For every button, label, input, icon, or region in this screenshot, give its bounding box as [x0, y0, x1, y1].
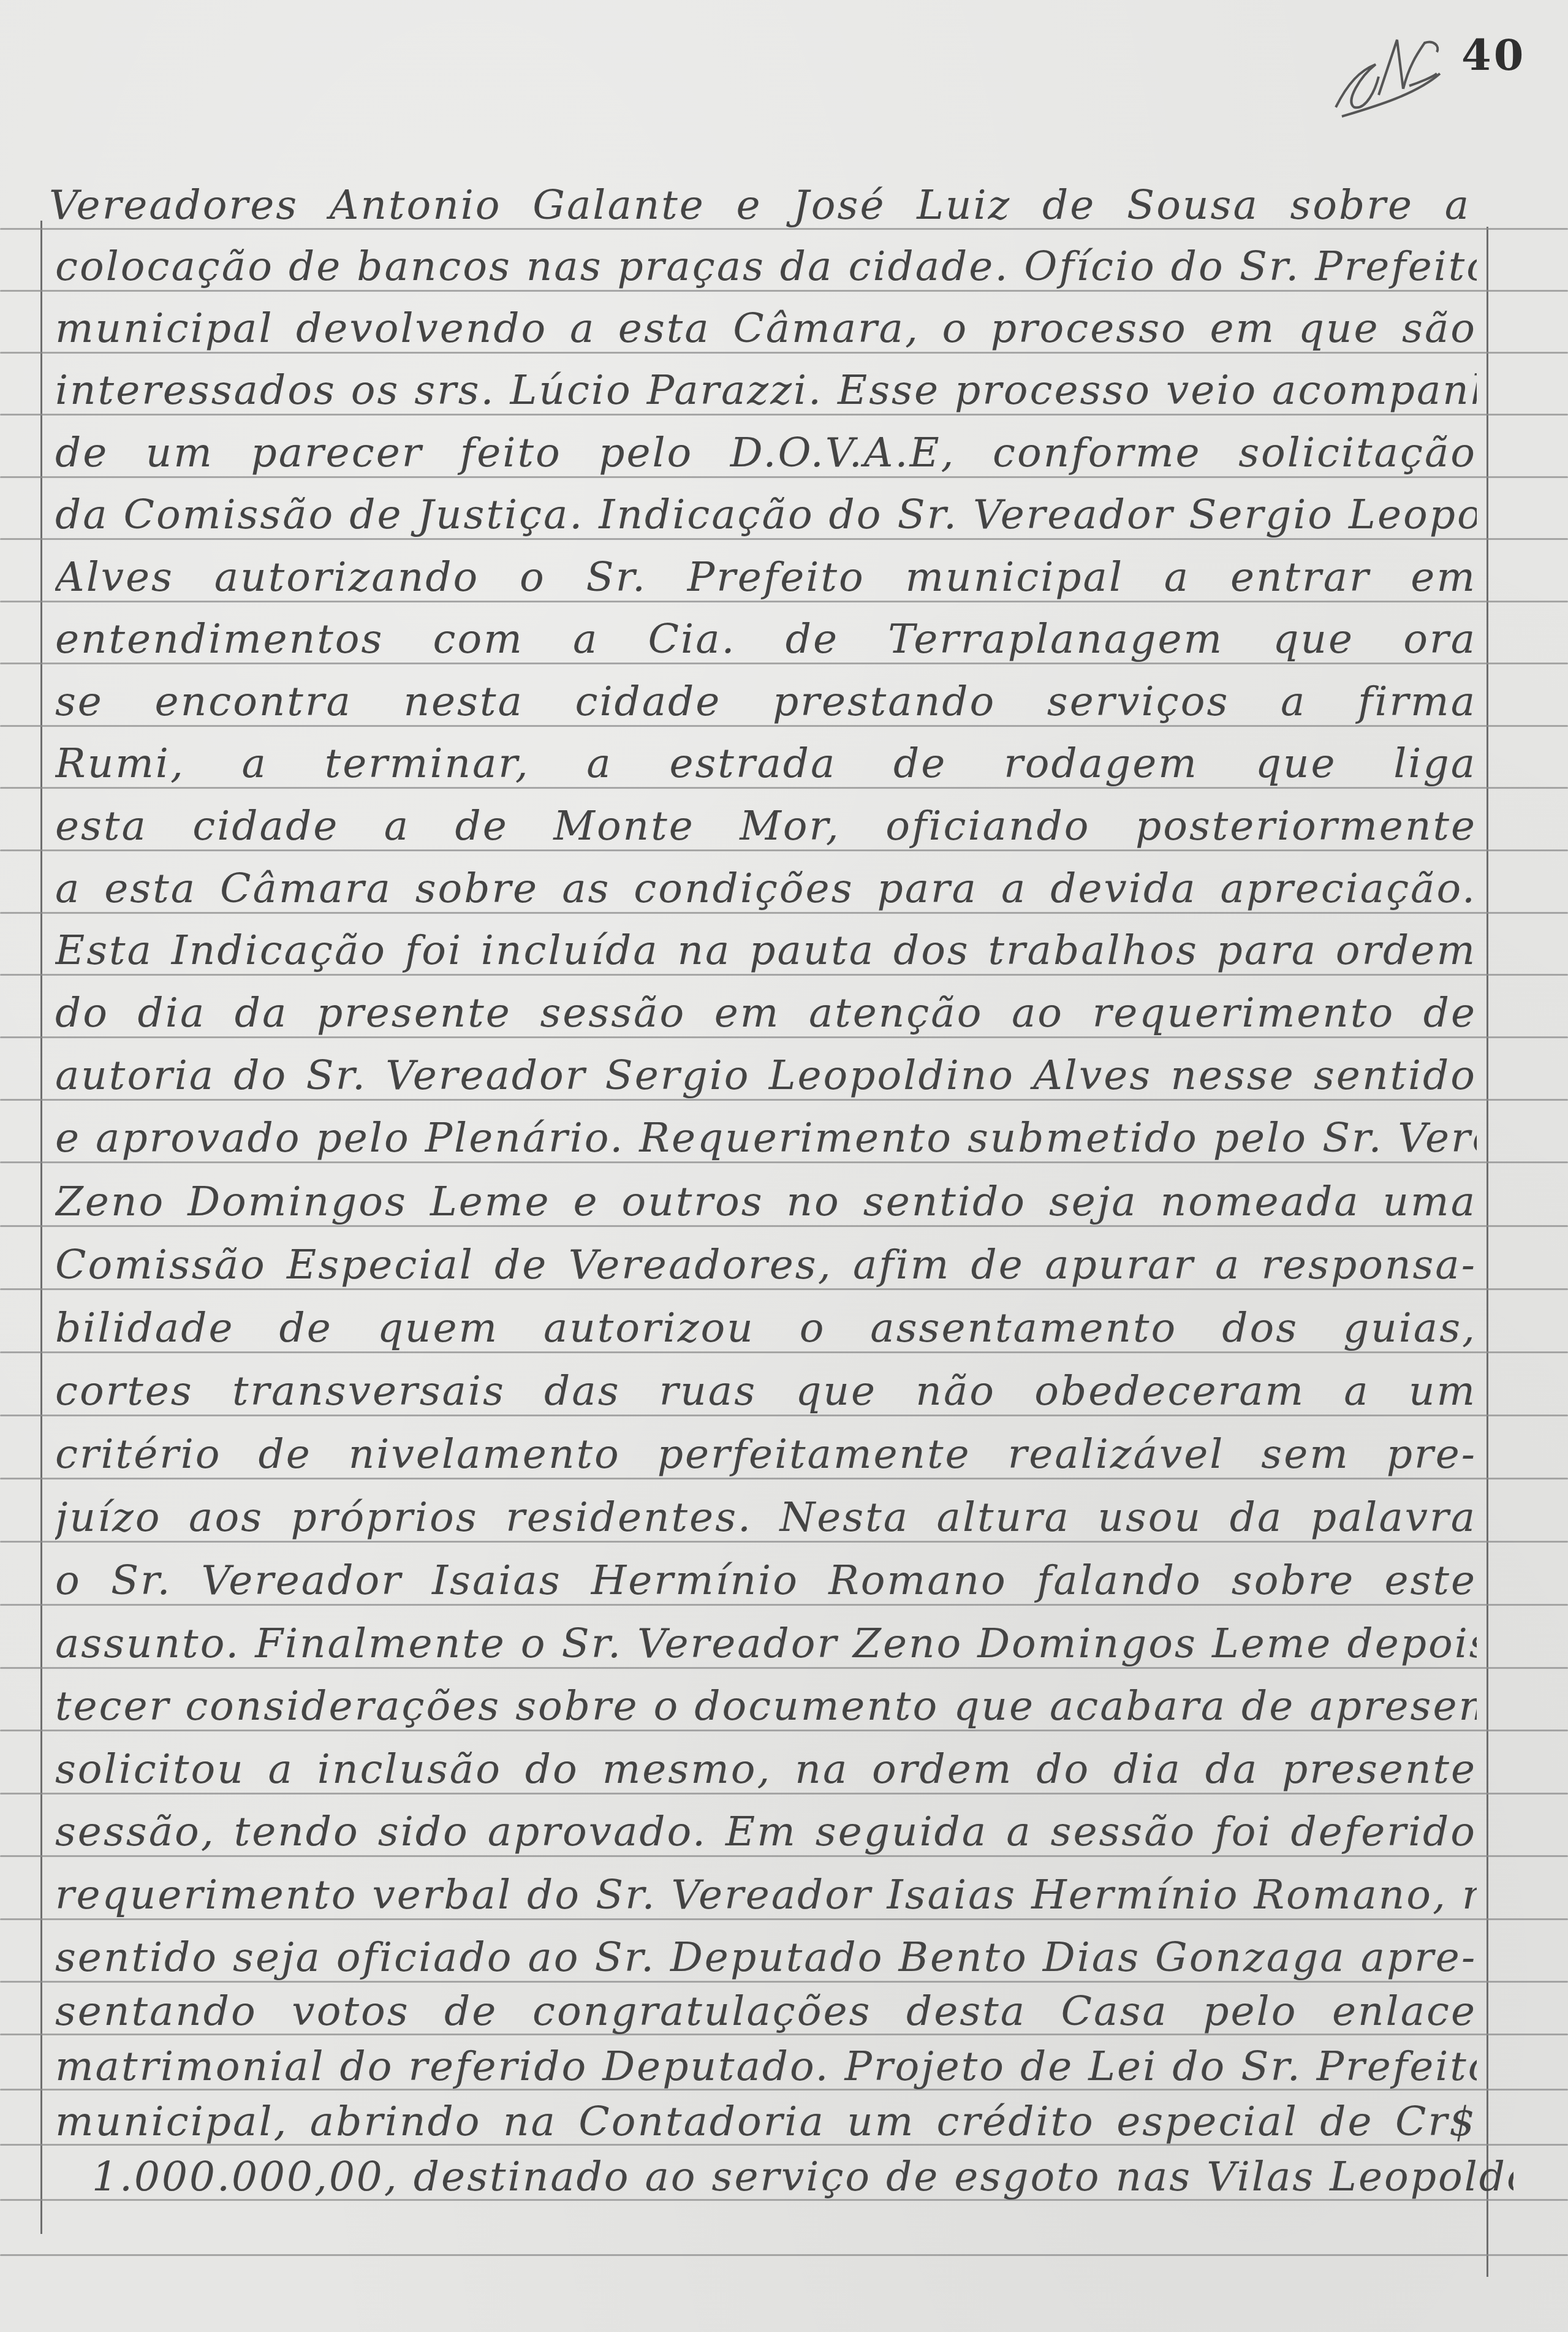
handwritten-line: critério de nivelamento perfeitamente re… — [55, 1424, 1477, 1485]
handwritten-line: 1.000.000,00, destinado ao serviço de es… — [92, 2146, 1513, 2208]
handwritten-line: municipal, abrindo na Contadoria um créd… — [55, 2091, 1477, 2152]
handwritten-line: esta cidade a de Monte Mor, oficiando po… — [55, 796, 1477, 857]
handwritten-line: sentido seja oficiado ao Sr. Deputado Be… — [55, 1927, 1477, 1988]
handwritten-line: requerimento verbal do Sr. Vereador Isai… — [55, 1864, 1477, 1926]
handwritten-line: Esta Indicação foi incluída na pauta dos… — [55, 920, 1477, 981]
handwritten-line: e aprovado pelo Plenário. Requerimento s… — [55, 1107, 1477, 1169]
handwritten-line: entendimentos com a Cia. de Terraplanage… — [55, 609, 1477, 670]
folio-number: 40 — [1461, 29, 1526, 80]
handwritten-line: Rumi, a terminar, a estrada de rodagem q… — [55, 733, 1477, 794]
handwritten-line: interessados os srs. Lúcio Parazzi. Esse… — [55, 360, 1477, 421]
handwritten-line: sentando votos de congratulações desta C… — [55, 1981, 1477, 2042]
handwritten-line: Comissão Especial de Vereadores, afim de… — [55, 1234, 1477, 1296]
handwritten-line: Alves autorizando o Sr. Prefeito municip… — [55, 547, 1477, 608]
handwritten-line: Zeno Domingos Leme e outros no sentido s… — [55, 1171, 1477, 1232]
handwritten-line: solicitou a inclusão do mesmo, na ordem … — [55, 1739, 1477, 1800]
rubric-signature-icon — [1317, 15, 1452, 138]
handwritten-line: autoria do Sr. Vereador Sergio Leopoldin… — [55, 1045, 1477, 1106]
handwritten-line: da Comissão de Justiça. Indicação do Sr.… — [55, 484, 1477, 545]
handwritten-line: cortes transversais das ruas que não obe… — [55, 1361, 1477, 1422]
document-page: 40 Vereadores Antonio Galante e José Lui… — [0, 0, 1568, 2332]
handwritten-line: juízo aos próprios residentes. Nesta alt… — [55, 1487, 1477, 1548]
handwritten-line: matrimonial do referido Deputado. Projet… — [55, 2036, 1477, 2097]
handwritten-line: se encontra nesta cidade prestando servi… — [55, 671, 1477, 732]
ruled-line — [0, 2254, 1568, 2256]
handwritten-line: municipal devolvendo a esta Câmara, o pr… — [55, 298, 1477, 359]
handwritten-line: colocação de bancos nas praças da cidade… — [55, 236, 1477, 297]
handwritten-line: tecer considerações sobre o documento qu… — [55, 1676, 1477, 1737]
handwritten-line: a esta Câmara sobre as condições para a … — [55, 858, 1477, 919]
handwritten-line: bilidade de quem autorizou o assentament… — [55, 1297, 1477, 1359]
left-margin-line — [40, 221, 42, 2234]
handwritten-line: do dia da presente sessão em atenção ao … — [55, 982, 1477, 1044]
handwritten-line: assunto. Finalmente o Sr. Vereador Zeno … — [55, 1613, 1477, 1674]
handwritten-line: de um parecer feito pelo D.O.V.A.E, conf… — [55, 422, 1477, 484]
handwritten-line: o Sr. Vereador Isaias Hermínio Romano fa… — [55, 1550, 1477, 1611]
handwritten-line: Vereadores Antonio Galante e José Luiz d… — [49, 175, 1471, 236]
handwritten-line: sessão, tendo sido aprovado. Em seguida … — [55, 1801, 1477, 1863]
right-margin-line — [1487, 227, 1488, 2277]
